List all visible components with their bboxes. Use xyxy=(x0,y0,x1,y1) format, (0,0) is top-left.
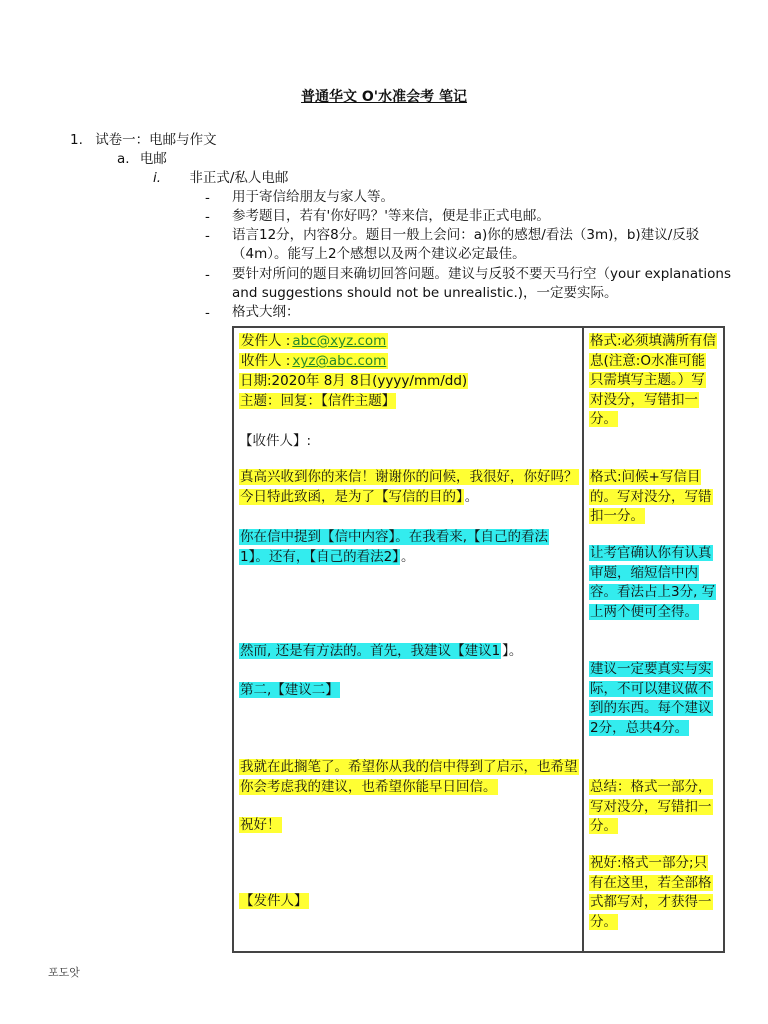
content-paragraph: 你在信中提到【信中内容】。在我看来,【自己的看法1】。还有，【自己的看法2】。 xyxy=(239,528,569,567)
column-divider xyxy=(582,328,584,951)
suggestion2-text: 第二,【建议二】 xyxy=(239,682,340,698)
suggestion1-paragraph: 然而, 还是有方法的。首先，我建议【建议1】。 xyxy=(239,642,584,662)
bullet-dash: - xyxy=(205,265,210,285)
suggestion1-end: 】。 xyxy=(501,643,523,659)
bullet-item: 语言12分，内容8分。题目一般上会问：a)你的感想/看法（3m)，b)建议/反驳… xyxy=(232,226,752,264)
receiver-email-link[interactable]: xyz@abc.com xyxy=(291,353,387,369)
signature-line: 【发件人】 xyxy=(239,892,309,912)
subject-line: 主题：回复：【信件主题】 xyxy=(239,392,396,412)
note-regards: 祝好:格式一部分;只有在这里，若全部格式都写对，才获得一分。 xyxy=(589,854,717,932)
sender-line: 发件人 :abc@xyz.com xyxy=(239,332,388,352)
closing-text: 我就在此搁笔了。希望你从我的信中得到了启示，也希望你会考虑我的建议，也希望你能早… xyxy=(239,759,579,795)
recipient-line: 【收件人】: xyxy=(239,432,311,452)
sender-email-link[interactable]: abc@xyz.com xyxy=(291,333,387,349)
outline-number: 1. xyxy=(70,132,83,148)
note-greeting: 格式:问候+写信目的。写对没分，写错扣一分。 xyxy=(589,468,717,527)
suggestion2-paragraph: 第二,【建议二】 xyxy=(239,681,340,701)
bullet-item: 格式大纲： xyxy=(232,303,752,322)
email-format-table: 发件人 :abc@xyz.com 收件人 :xyz@abc.com 日期:202… xyxy=(232,326,725,953)
outline-level3: i. 非正式/私人电邮 xyxy=(153,168,288,188)
note-content-text: 让考官确认你有认真审题，缩短信中内容。看法占上3分, 写上两个便可全得。 xyxy=(589,545,716,620)
content-end: 。 xyxy=(400,549,416,565)
sender-label: 发件人 : xyxy=(240,333,291,349)
note-header-text: 格式:必须填满所有信息(注意:O水准可能只需填写主题。）写对没分，写错扣一分。 xyxy=(589,333,717,427)
outline-number: i. xyxy=(153,170,161,186)
greeting-end: 。 xyxy=(464,489,480,505)
content-text: 你在信中提到【信中内容】。在我看来,【自己的看法1】。还有，【自己的看法2】 xyxy=(239,529,549,565)
note-header: 格式:必须填满所有信息(注意:O水准可能只需填写主题。）写对没分，写错扣一分。 xyxy=(589,332,717,430)
suggestion1-text: 然而, 还是有方法的。首先，我建议【建议1 xyxy=(239,643,501,659)
greeting-paragraph: 真高兴收到你的来信！谢谢你的问候，我很好，你好吗？今日特此致函，是为了【写信的目… xyxy=(239,468,579,507)
greeting-text: 真高兴收到你的来信！谢谢你的问候，我很好，你好吗？今日特此致函，是为了【写信的目… xyxy=(239,469,579,505)
note-closing: 总结：格式一部分，写对没分，写错扣一分。 xyxy=(589,778,717,837)
note-regards-text: 祝好:格式一部分;只有在这里，若全部格式都写对，才获得一分。 xyxy=(589,855,713,930)
footer-watermark: 포도앗 xyxy=(48,964,80,980)
signature-text: 【发件人】 xyxy=(239,893,309,909)
date-line: 日期:2020年 8月 8日(yyyy/mm/dd) xyxy=(239,372,468,392)
regards-text: 祝好！ xyxy=(239,817,282,833)
bullet-item: 参考题目，若有'你好吗？'等来信，便是非正式电邮。 xyxy=(232,207,752,226)
closing-paragraph: 我就在此搁笔了。希望你从我的信中得到了启示，也希望你会考虑我的建议，也希望你能早… xyxy=(239,758,584,797)
outline-level2: a. 电邮 xyxy=(117,149,167,169)
note-closing-text: 总结：格式一部分，写对没分，写错扣一分。 xyxy=(589,779,713,834)
outline-label: 非正式/私人电邮 xyxy=(189,170,288,186)
note-suggestion: 建议一定要真实与实际，不可以建议做不到的东西。每个建议2分，总共4分。 xyxy=(589,660,717,738)
outline-label: 试卷一：电邮与作文 xyxy=(95,132,217,148)
bullet-dash: - xyxy=(205,226,210,246)
note-suggestion-text: 建议一定要真实与实际，不可以建议做不到的东西。每个建议2分，总共4分。 xyxy=(589,661,713,736)
subject-text: 主题：回复：【信件主题】 xyxy=(239,393,396,409)
outline-number: a. xyxy=(117,151,130,167)
receiver-line: 收件人 :xyz@abc.com xyxy=(239,352,388,372)
receiver-label: 收件人 : xyxy=(240,353,291,369)
regards-line: 祝好！ xyxy=(239,816,282,836)
page-title: 普通华文 O'水准会考 笔记 xyxy=(0,86,768,106)
bullet-dash: - xyxy=(205,188,210,208)
outline-label: 电邮 xyxy=(140,151,167,167)
bullet-dash: - xyxy=(205,303,210,323)
bullet-item: 要针对所问的题目来确切回答问题。建议与反驳不要天马行空（your explana… xyxy=(232,265,752,303)
note-content: 让考官确认你有认真审题，缩短信中内容。看法占上3分, 写上两个便可全得。 xyxy=(589,544,717,622)
outline-level1: 1. 试卷一：电邮与作文 xyxy=(70,130,217,150)
note-greeting-text: 格式:问候+写信目的。写对没分，写错扣一分。 xyxy=(589,469,713,524)
date-text: 日期:2020年 8月 8日(yyyy/mm/dd) xyxy=(239,373,468,389)
bullet-item: 用于寄信给朋友与家人等。 xyxy=(232,188,752,207)
bullet-dash: - xyxy=(205,207,210,227)
